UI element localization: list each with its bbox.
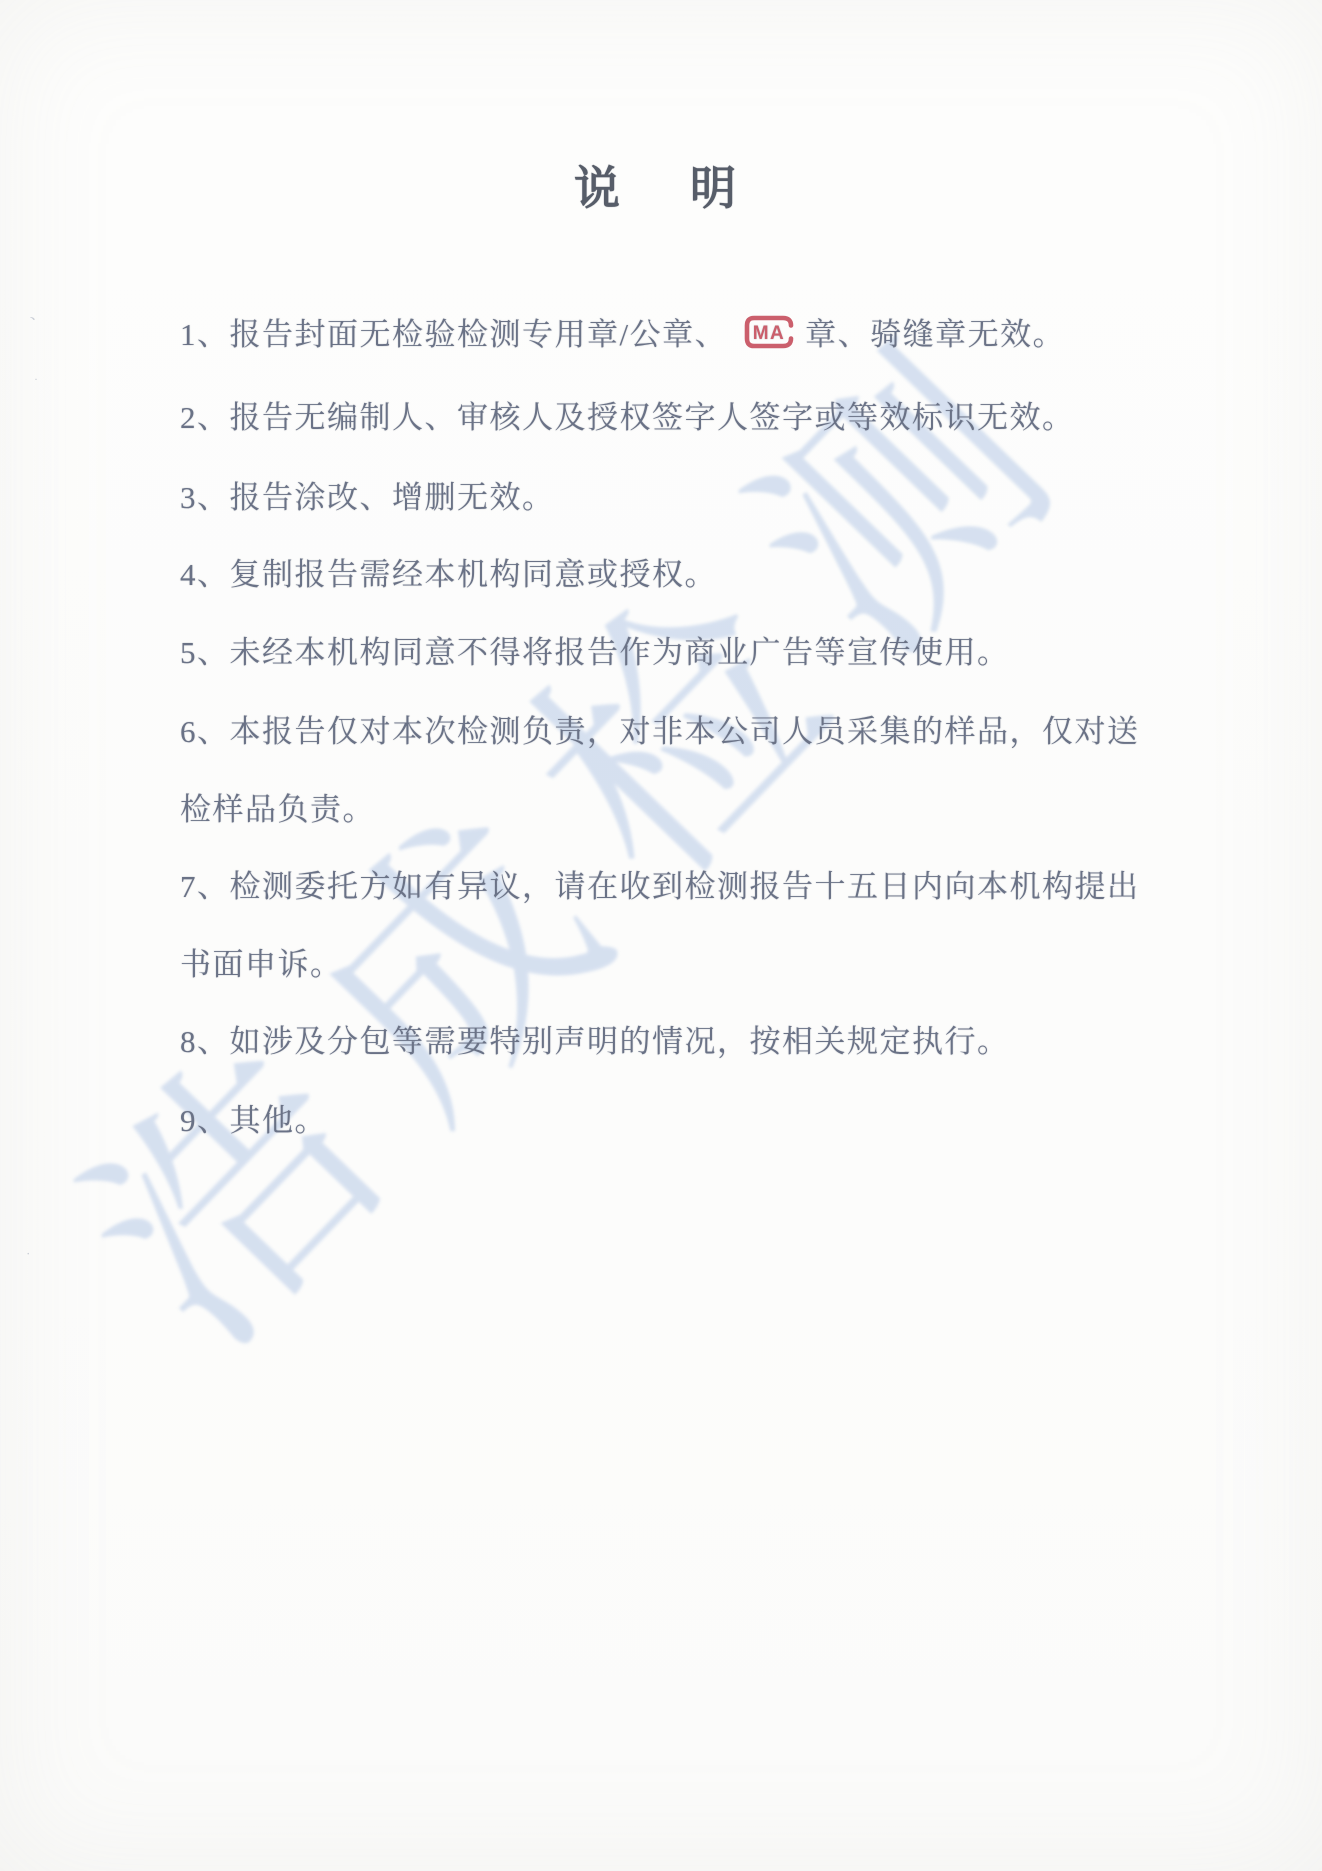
document-page: 浩成检测 说 明 1、报告封面无检验检测专用章/公章、 MA 章、骑缝章无效。 … (0, 0, 1322, 1871)
note-item-5: 5、未经本机构同意不得将报告作为商业广告等宣传使用。 (180, 627, 1010, 672)
note-item-6-line-2: 检样品负责。 (180, 784, 375, 829)
page-title: 说 明 (0, 152, 1322, 218)
cma-stamp-icon: MA (743, 314, 795, 350)
cma-stamp-label: MA (753, 323, 786, 344)
note-item-3: 3、报告涂改、增删无效。 (180, 472, 555, 517)
note-1-text-before: 1、报告封面无检验检测专用章/公章、 (180, 317, 727, 352)
scan-artifact: 、 (25, 298, 46, 324)
note-item-2: 2、报告无编制人、审核人及授权签字人签字或等效标识无效。 (180, 392, 1075, 437)
scan-artifact: · (34, 372, 38, 387)
note-item-7-line-1: 7、检测委托方如有异议，请在收到检测报告十五日内向本机构提出 (180, 861, 1140, 906)
note-item-4: 4、复制报告需经本机构同意或授权。 (180, 549, 717, 594)
note-item-1: 1、报告封面无检验检测专用章/公章、 MA 章、骑缝章无效。 (180, 309, 1065, 354)
note-item-8: 8、如涉及分包等需要特别声明的情况，按相关规定执行。 (180, 1016, 1010, 1061)
note-item-7-line-2: 书面申诉。 (180, 939, 343, 984)
note-item-6-line-1: 6、本报告仅对本次检测负责，对非本公司人员采集的样品，仅对送 (180, 706, 1140, 751)
scan-artifact: · (25, 1246, 32, 1263)
note-1-text-after: 章、骑缝章无效。 (805, 317, 1065, 352)
note-item-9: 9、其他。 (180, 1095, 327, 1140)
